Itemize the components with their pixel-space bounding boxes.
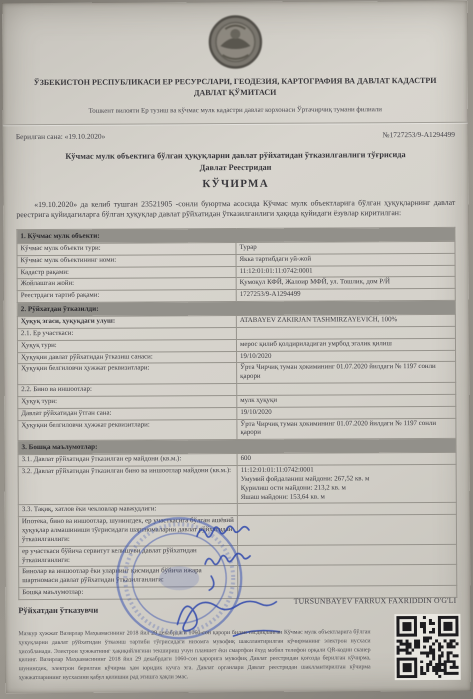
table-row: Ипотека, бино ва иншоотлар, шунингдек, е… xyxy=(18,515,456,547)
issuing-committee-title: ЎЗБЕКИСТОН РЕСПУБЛИКАСИ ЕР РЕСУРСЛАРИ, Г… xyxy=(20,75,451,100)
row-value: Ўрта Чирчиқ туман ҳокимининг 01.07.2020 … xyxy=(237,362,456,384)
legal-disclaimer: Мазкур ҳужжат Вазирлар Маҳкамасининг 201… xyxy=(18,628,370,683)
title-line-1: Кўчмас мулк объектига бўлган ҳуқуқларни … xyxy=(16,149,455,162)
table-row: Ҳуқуқни белгиловчи ҳужжат реквизитлари:Ў… xyxy=(18,418,456,441)
row-value: Ўрта Чирчиқ туман ҳокимининг 01.07.2020 … xyxy=(237,418,456,440)
table-row: Бинолар ва иншоотлар ёки уларнинг қисмид… xyxy=(19,565,457,588)
intro-paragraph: «19.10.2020» да келиб тушган 23521905 -с… xyxy=(16,198,455,221)
row-value xyxy=(238,544,457,566)
row-value: 11:12:01:01:11:0742:0001 Умумий фойдалан… xyxy=(237,464,456,503)
row-label: Ҳуқуқни белгиловчи ҳужжат реквизитлари: xyxy=(18,419,237,441)
uzbekistan-state-emblem-icon xyxy=(208,15,262,69)
table-row: Ҳуқуқни белгиловчи ҳужжат реквизитлари:Ў… xyxy=(18,362,456,385)
header-divider xyxy=(3,122,468,125)
row-value xyxy=(237,515,456,546)
title-line-3: КЎЧИРМА xyxy=(16,177,455,191)
row-label: 3.2. Давлат рўйхатидан ўтказилган бино в… xyxy=(18,466,237,505)
document-number: №1727253/9-А1294499 xyxy=(383,130,455,139)
table-row: ер участкаси бўйича сервитут келишуви да… xyxy=(19,544,457,567)
title-line-2: Давлат Реестридан xyxy=(16,160,455,173)
issue-date: Берилган сана: «19.10.2020» xyxy=(16,132,105,141)
registrar-name: TURSUNBAYEV FARRUX FAXRIDDIN O'G'LI xyxy=(294,596,457,606)
row-label: Бинолар ва иншоотлар ёки уларнинг қисмид… xyxy=(19,566,238,588)
issuing-branch-subtitle: Тошкент вилояти Ер тузиш ва кўчмас мулк … xyxy=(16,106,455,115)
scanned-document-page: ЎЗБЕКИСТОН РЕСПУБЛИКАСИ ЕР РЕСУРСЛАРИ, Г… xyxy=(2,1,471,693)
document-title: Кўчмас мулк объектига бўлган ҳуқуқларни … xyxy=(16,149,455,191)
row-value xyxy=(238,565,457,587)
row-label: Ҳуқуқни белгиловчи ҳужжат реквизитлари: xyxy=(18,363,237,385)
row-label: Бошқа маълумотлар: xyxy=(19,587,238,600)
registrar-label: Рўйхатдан ўтказувчи xyxy=(18,606,98,615)
qr-code-icon xyxy=(396,616,458,678)
row-label: Ипотека, бино ва иншоотлар, шунингдек, е… xyxy=(18,516,237,547)
table-row: 3.2. Давлат рўйхатидан ўтказилган бино в… xyxy=(18,464,456,505)
row-label: ер участкаси бўйича сервитут келишуви да… xyxy=(19,545,238,567)
registry-table: 1. Кўчмас мулк объекти:Кўчмас мулк объек… xyxy=(16,227,457,600)
